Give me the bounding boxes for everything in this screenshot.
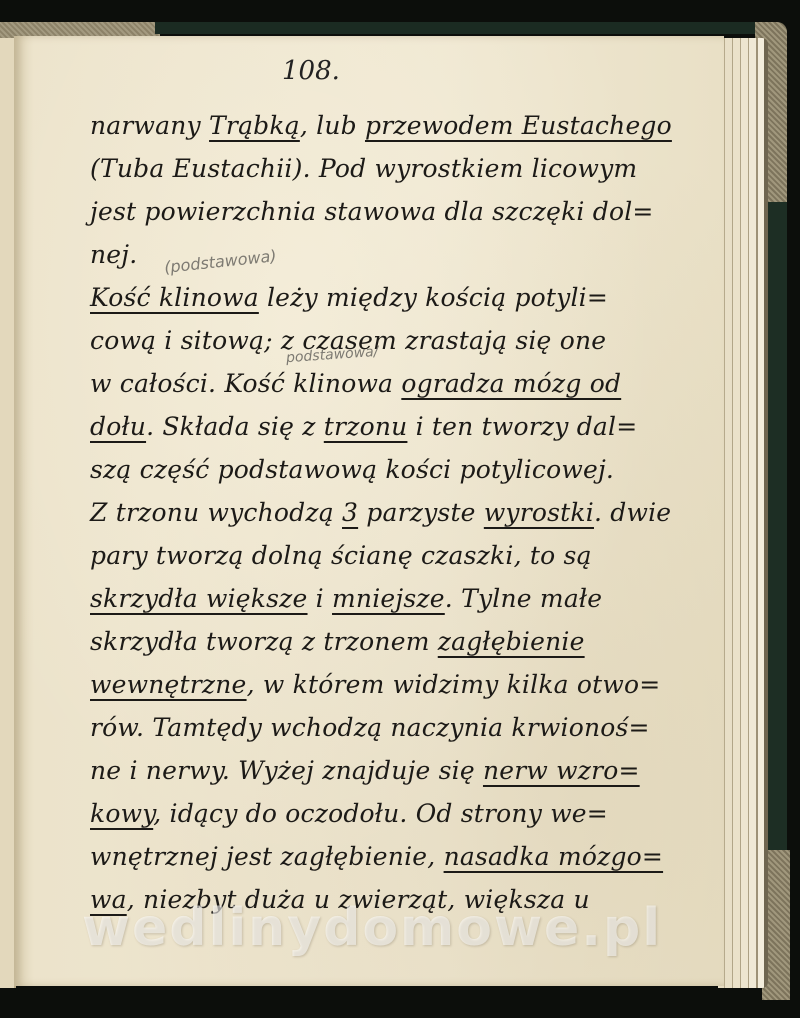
page-number: 108. [282, 56, 340, 86]
watermark: wedlinydomowe.pl [82, 898, 722, 958]
text-span: . Składa się z [146, 412, 324, 441]
text-span: narwany [90, 111, 209, 140]
text-line: pary tworzą dolną ścianę czaszki, to są [90, 534, 690, 577]
text-span: rów. Tamtędy wchodzą naczynia krwionoś= [90, 713, 650, 742]
text-span: (Tuba Eustachii). Pod wyrostkiem licowym [90, 154, 637, 183]
text-line: wnętrznej jest zagłębienie, nasadka mózg… [90, 835, 690, 878]
text-line: Kość klinowa leży między kością potyli= [90, 276, 690, 319]
text-line: (Tuba Eustachii). Pod wyrostkiem licowym [90, 147, 690, 190]
underlined-term: dołu [90, 412, 146, 441]
text-line: narwany Trąbką, lub przewodem Eustachego [90, 104, 690, 147]
text-span: skrzydła tworzą z trzonem [90, 627, 438, 656]
underlined-term: nerw wzro= [483, 756, 640, 785]
text-line: ne i nerwy. Wyżej znajduje się nerw wzro… [90, 749, 690, 792]
text-span: Z trzonu wychodzą [90, 498, 342, 527]
text-span: . Tylne małe [445, 584, 602, 613]
underlined-term: kowy [90, 799, 153, 828]
text-span: szą część podstawową kości potylicowej. [90, 455, 614, 484]
text-line: skrzydła większe i mniejsze. Tylne małe [90, 577, 690, 620]
cover-edge-top [155, 22, 775, 34]
text-line: jest powierzchnia stawowa dla szczęki do… [90, 190, 690, 233]
text-span: pary tworzą dolną ścianę czaszki, to są [90, 541, 592, 570]
text-line: Z trzonu wychodzą 3 parzyste wyrostki. d… [90, 491, 690, 534]
text-span: , w którem widzimy kilka otwo= [247, 670, 661, 699]
text-line: wewnętrzne, w którem widzimy kilka otwo= [90, 663, 690, 706]
text-line: skrzydła tworzą z trzonem zagłębienie [90, 620, 690, 663]
book-scan: 108. narwany Trąbką, lub przewodem Eusta… [0, 0, 800, 1018]
text-span: parzyste [358, 498, 484, 527]
text-span: ne i nerwy. Wyżej znajduje się [90, 756, 483, 785]
underlined-term: Kość klinowa [90, 283, 259, 312]
underlined-term: przewodem Eustachego [365, 111, 672, 140]
cover-edge-right [765, 190, 787, 860]
text-line: kowy, idący do oczodołu. Od strony we= [90, 792, 690, 835]
underlined-term: ogradza mózg od [401, 369, 621, 398]
text-span: i [308, 584, 333, 613]
text-span: leży między kością potyli= [259, 283, 608, 312]
text-line: w całości. Kość klinowa ogradza mózg od [90, 362, 690, 405]
notebook-page: 108. narwany Trąbką, lub przewodem Eusta… [14, 36, 724, 986]
text-line: rów. Tamtędy wchodzą naczynia krwionoś= [90, 706, 690, 749]
text-line: dołu. Składa się z trzonu i ten tworzy d… [90, 405, 690, 448]
text-line: szą część podstawową kości potylicowej. [90, 448, 690, 491]
underlined-term: trzonu [324, 412, 408, 441]
underlined-term: zagłębienie [438, 627, 585, 656]
handwritten-text: narwany Trąbką, lub przewodem Eustachego… [90, 104, 690, 921]
text-span: wnętrznej jest zagłębienie, [90, 842, 444, 871]
text-line: cową i sitową; z czasem zrastają się one [90, 319, 690, 362]
underlined-term: wyrostki [484, 498, 594, 527]
underlined-term: wewnętrzne [90, 670, 247, 699]
text-span: jest powierzchnia stawowa dla szczęki do… [90, 197, 654, 226]
text-span: nej. [90, 240, 137, 269]
text-span: . dwie [594, 498, 671, 527]
page-edges-stack [718, 38, 768, 988]
underlined-term: 3 [342, 498, 358, 527]
underlined-term: Trąbką [209, 111, 300, 140]
underlined-term: nasadka mózgo= [444, 842, 663, 871]
text-span: w całości. Kość klinowa [90, 369, 401, 398]
text-span: , idący do oczodołu. Od strony we= [153, 799, 608, 828]
text-span: , lub [300, 111, 365, 140]
underlined-term: mniejsze [332, 584, 445, 613]
underlined-term: skrzydła większe [90, 584, 308, 613]
text-span: i ten tworzy dal= [407, 412, 637, 441]
